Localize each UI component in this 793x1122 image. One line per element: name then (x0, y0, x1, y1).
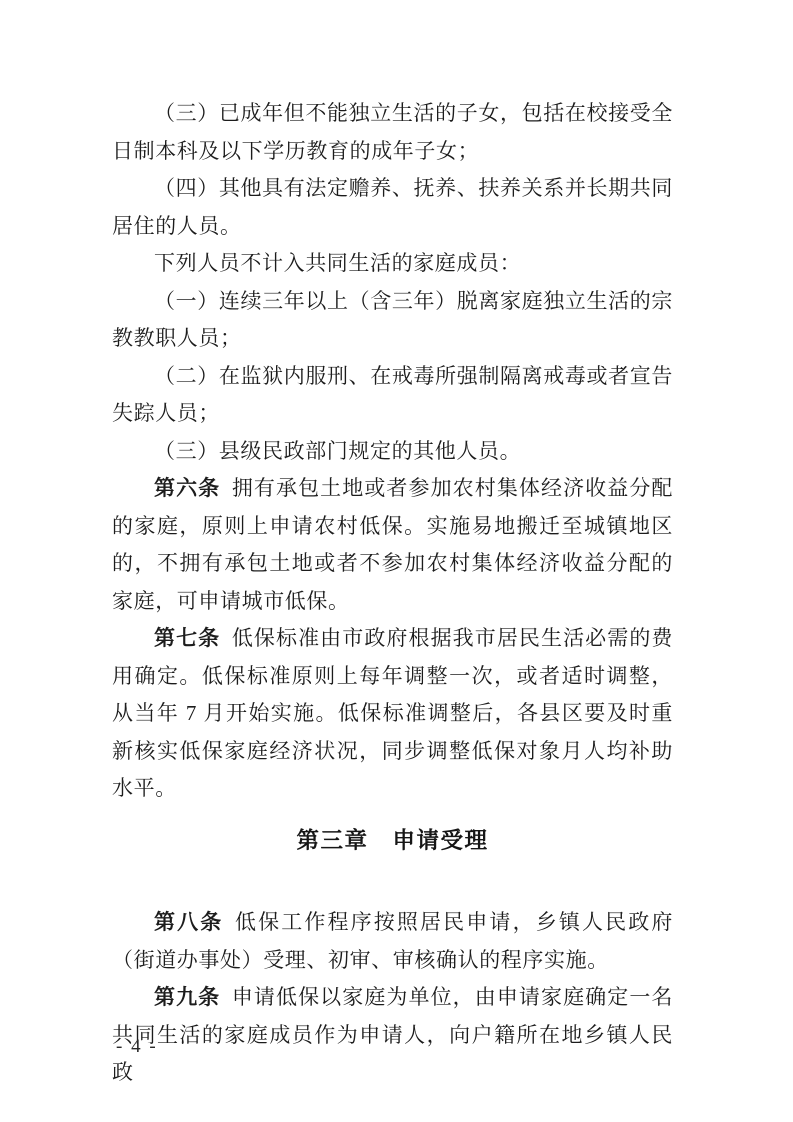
document-body: （三）已成年但不能独立生活的子女，包括在校接受全日制本科及以下学历教育的成年子女… (112, 95, 673, 1092)
clause-adult-children: （三）已成年但不能独立生活的子女，包括在校接受全日制本科及以下学历教育的成年子女… (112, 95, 673, 170)
excluded-clause-2: （二）在监狱内服刑、在戒毒所强制隔离戒毒或者宣告失踪人员； (112, 358, 673, 433)
article-8-paragraph: 第八条低保工作程序按照居民申请，乡镇人民政府（街道办事处）受理、初审、审核确认的… (112, 904, 673, 979)
article-8-number: 第八条 (154, 910, 223, 934)
page-number: - 4 - (116, 1036, 158, 1058)
excluded-clause-3: （三）县级民政部门规定的其他人员。 (112, 433, 673, 471)
article-6-paragraph: 第六条拥有承包土地或者参加农村集体经济收益分配的家庭，原则上申请农村低保。实施易… (112, 470, 673, 620)
article-9-number: 第九条 (154, 985, 220, 1009)
excluded-clause-1: （一）连续三年以上（含三年）脱离家庭独立生活的宗教教职人员； (112, 283, 673, 358)
document-page: （三）已成年但不能独立生活的子女，包括在校接受全日制本科及以下学历教育的成年子女… (0, 0, 793, 1122)
article-7-number: 第七条 (154, 626, 220, 650)
article-9-paragraph: 第九条申请低保以家庭为单位，由申请家庭确定一名共同生活的家庭成员作为申请人，向户… (112, 979, 673, 1092)
chapter-3-heading: 第三章 申请受理 (112, 822, 673, 860)
clause-other-relations: （四）其他具有法定赡养、抚养、扶养关系并长期共同居住的人员。 (112, 170, 673, 245)
article-6-number: 第六条 (154, 476, 220, 500)
article-7-text: 低保标准由市政府根据我市居民生活必需的费用确定。低保标准原则上每年调整一次，或者… (112, 626, 673, 800)
article-7-paragraph: 第七条低保标准由市政府根据我市居民生活必需的费用确定。低保标准原则上每年调整一次… (112, 620, 673, 808)
excluded-members-intro: 下列人员不计入共同生活的家庭成员： (112, 245, 673, 283)
